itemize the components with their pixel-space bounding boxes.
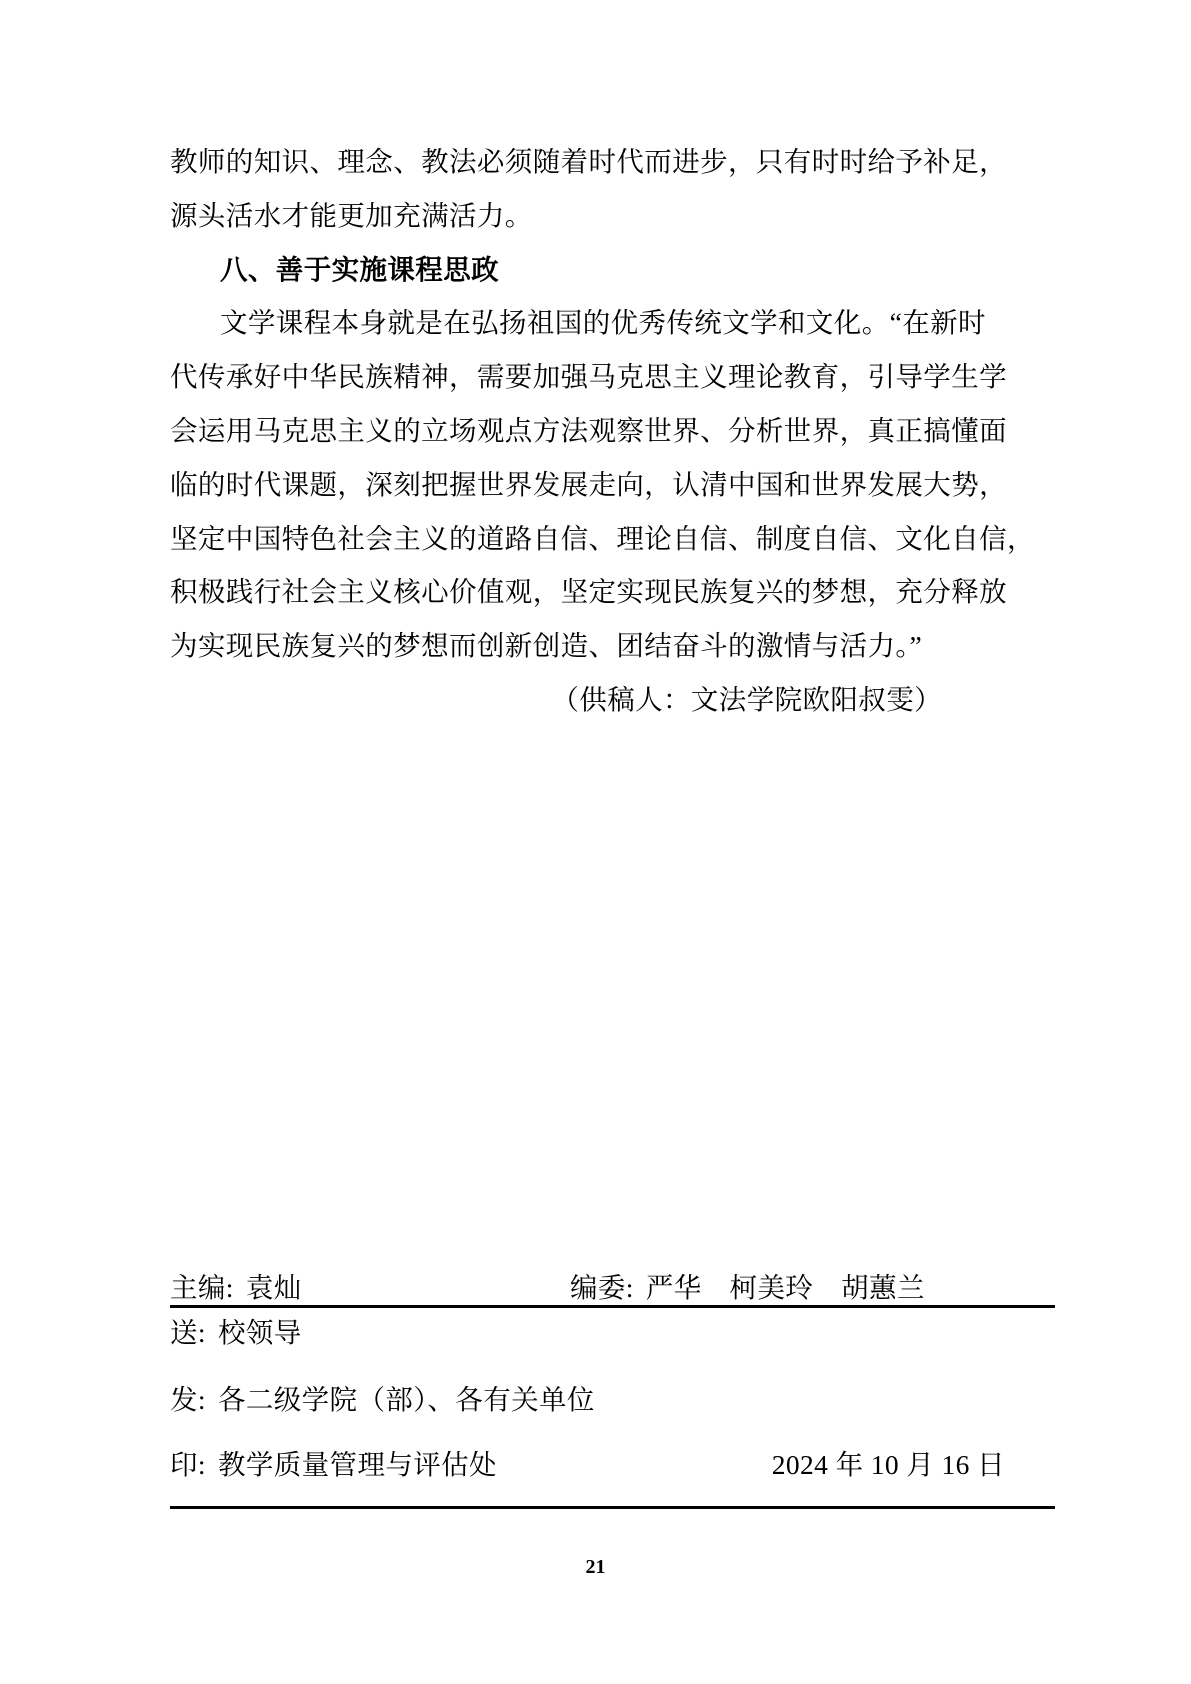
paragraph-line: 源头活水才能更加充满活力。 xyxy=(170,189,1030,243)
paragraph-line: 为实现民族复兴的梦想而创新创造、团结奋斗的激情与活力。” xyxy=(170,619,1030,673)
issue-value: 各二级学院（部）、各有关单位 xyxy=(218,1384,595,1415)
footer-divider-bottom xyxy=(170,1506,1055,1509)
send-value: 校领导 xyxy=(218,1317,302,1348)
footer-divider-top xyxy=(170,1305,1055,1308)
issue-label: 发: xyxy=(170,1384,206,1415)
print-value: 教学质量管理与评估处 xyxy=(218,1449,497,1480)
paragraph-line: 文学课程本身就是在弘扬祖国的优秀传统文学和文化。“在新时 xyxy=(170,296,1030,350)
footer-issue-row: 发:各二级学院（部）、各有关单位 xyxy=(170,1380,1055,1420)
print-date: 2024 年 10 月 16 日 xyxy=(772,1445,1005,1485)
document-body: 教师的知识、理念、教法必须随着时代而进步，只有时时给予补足， 源头活水才能更加充… xyxy=(170,135,1030,727)
committee-names: 严华 柯美玲 胡蕙兰 xyxy=(646,1272,925,1303)
contributor-attribution: （供稿人：文法学院欧阳叔雯） xyxy=(170,673,1030,727)
paragraph-line: 教师的知识、理念、教法必须随着时代而进步，只有时时给予补足， xyxy=(170,135,1030,189)
chief-editor-label: 主编: xyxy=(170,1272,234,1303)
chief-editor-name: 袁灿 xyxy=(246,1272,302,1303)
footer-print-row: 印:教学质量管理与评估处 2024 年 10 月 16 日 xyxy=(170,1445,1055,1485)
page-number: 21 xyxy=(0,1556,1191,1579)
footer-send-row: 送:校领导 xyxy=(170,1313,1055,1353)
paragraph-line: 会运用马克思主义的立场观点方法观察世界、分析世界，真正搞懂面 xyxy=(170,404,1030,458)
send-label: 送: xyxy=(170,1317,206,1348)
paragraph-line: 临的时代课题，深刻把握世界发展走向，认清中国和世界发展大势， xyxy=(170,458,1030,512)
print-label: 印: xyxy=(170,1449,206,1480)
document-page: 教师的知识、理念、教法必须随着时代而进步，只有时时给予补足， 源头活水才能更加充… xyxy=(0,0,1191,1684)
committee-group: 编委:严华 柯美玲 胡蕙兰 xyxy=(570,1268,925,1308)
section-heading: 八、善于实施课程思政 xyxy=(170,243,1030,297)
paragraph-line: 坚定中国特色社会主义的道路自信、理论自信、制度自信、文化自信， xyxy=(170,512,1030,566)
committee-label: 编委: xyxy=(570,1272,634,1303)
footer-editors-row: 主编:袁灿 编委:严华 柯美玲 胡蕙兰 xyxy=(170,1268,1055,1308)
paragraph-line: 代传承好中华民族精神，需要加强马克思主义理论教育，引导学生学 xyxy=(170,350,1030,404)
paragraph-line: 积极践行社会主义核心价值观，坚定实现民族复兴的梦想，充分释放 xyxy=(170,565,1030,619)
